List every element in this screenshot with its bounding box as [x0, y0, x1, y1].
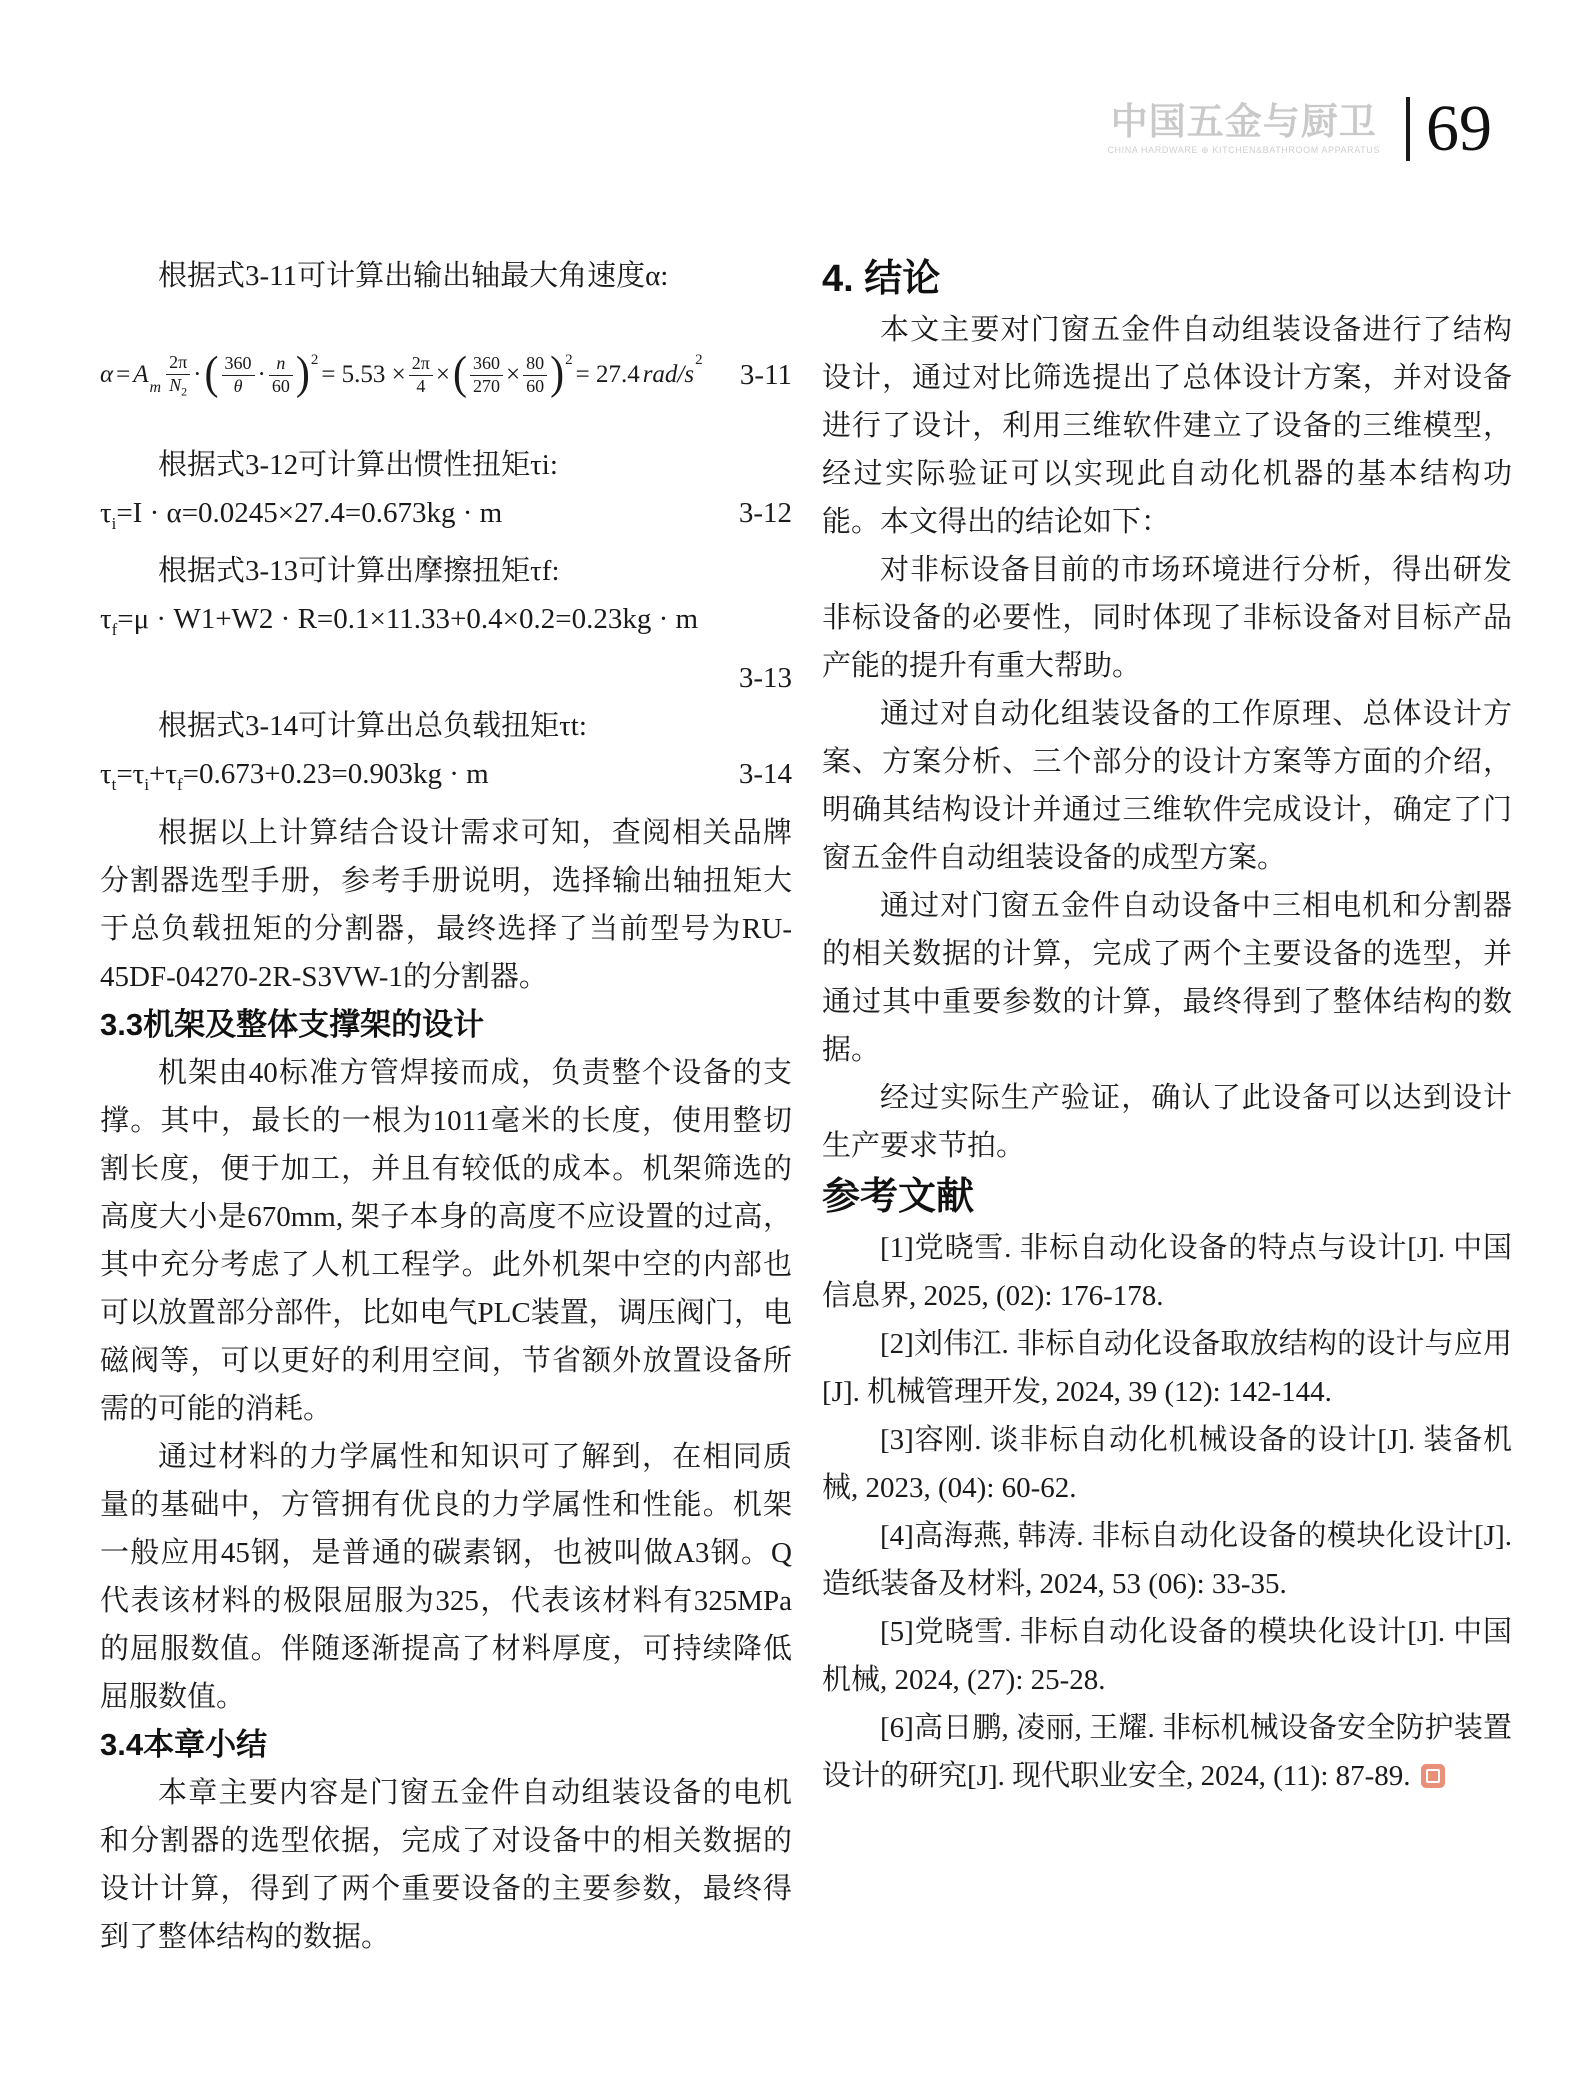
fraction: n 60 [269, 353, 293, 397]
formula-term: A [133, 361, 148, 389]
reference-item: [4]高海燕, 韩涛. 非标自动化设备的模块化设计[J]. 造纸装备及材料, 2… [822, 1512, 1512, 1608]
left-paren: ( [205, 355, 219, 397]
left-column: 根据式3-11可计算出输出轴最大角速度α: α = A m 2π N2 · ( … [100, 252, 792, 1961]
formula-term: · [193, 361, 201, 389]
fraction: 2π N2 [166, 352, 190, 399]
equation-text: τf=μ · W1+W2 · R=0.1×11.33+0.4×0.2=0.23k… [100, 595, 698, 654]
fraction: 360 θ [222, 353, 255, 397]
conclusion-paragraph: 经过实际生产验证，确认了此设备可以达到设计生产要求节拍。 [822, 1074, 1512, 1170]
formula-3-11-body: α = A m 2π N2 · ( 360 θ · n 60 [100, 352, 703, 399]
reference-item: [1]党晓雪. 非标自动化设备的特点与设计[J]. 中国信息界, 2025, (… [822, 1224, 1512, 1320]
equation-number: 3-14 [739, 750, 792, 798]
formula-term: = 27.4 [576, 361, 640, 389]
formula-intro-3-12: 根据式3-12可计算出惯性扭矩τi: [100, 441, 792, 489]
journal-logo: 中国五金与厨卫 CHINA HARDWARE ⊕ KITCHEN&BATHROO… [1107, 103, 1380, 156]
paragraph-chapter-summary: 本章主要内容是门窗五金件自动组装设备的电机和分割器的选型依据，完成了对设备中的相… [100, 1769, 792, 1961]
formula-intro-3-11: 根据式3-11可计算出输出轴最大角速度α: [100, 252, 792, 300]
journal-logo-cn: 中国五金与厨卫 [1107, 103, 1380, 140]
right-paren: ) [296, 355, 310, 397]
formula-superscript: 2 [565, 352, 573, 369]
journal-page: 中国五金与厨卫 CHINA HARDWARE ⊕ KITCHEN&BATHROO… [0, 0, 1595, 2086]
section-heading-references: 参考文献 [822, 1170, 1512, 1224]
formula-superscript: 2 [311, 352, 319, 369]
fraction: 80 60 [523, 353, 547, 397]
formula-term: × [506, 361, 520, 389]
equation-text: τt=τi+τf=0.673+0.23=0.903kg · m [100, 750, 489, 809]
equation-number: 3-12 [739, 489, 792, 537]
equation-number: 3-11 [740, 359, 792, 392]
left-paren: ( [453, 355, 467, 397]
right-paren: ) [550, 355, 564, 397]
formula-3-11: α = A m 2π N2 · ( 360 θ · n 60 [100, 352, 792, 399]
formula-superscript: 2 [695, 352, 703, 369]
equation-3-12: τi=I · α=0.0245×27.4=0.673kg · m 3-12 [100, 489, 792, 548]
page-number: 69 [1426, 96, 1492, 162]
header-divider [1406, 97, 1410, 161]
journal-logo-en: CHINA HARDWARE ⊕ KITCHEN&BATHROOM APPARA… [1107, 145, 1380, 156]
equation-text: τi=I · α=0.0245×27.4=0.673kg · m [100, 489, 502, 548]
conclusion-paragraph: 通过对自动化组装设备的工作原理、总体设计方案、方案分析、三个部分的设计方案等方面… [822, 690, 1512, 882]
formula-term: = [116, 361, 130, 389]
reference-item: [6]高日鹏, 凌丽, 王耀. 非标机械设备安全防护装置设计的研究[J]. 现代… [822, 1704, 1512, 1800]
reference-item: [5]党晓雪. 非标自动化设备的模块化设计[J]. 中国机械, 2024, (2… [822, 1608, 1512, 1704]
equation-3-14: τt=τi+τf=0.673+0.23=0.903kg · m 3-14 [100, 750, 792, 809]
formula-intro-3-13: 根据式3-13可计算出摩擦扭矩τf: [100, 547, 792, 595]
reference-item: [3]容刚. 谈非标自动化机械设备的设计[J]. 装备机械, 2023, (04… [822, 1416, 1512, 1512]
paragraph-frame-design: 机架由40标准方管焊接而成，负责整个设备的支撑。其中，最长的一根为1011毫米的… [100, 1049, 792, 1433]
formula-term: · [258, 361, 266, 389]
equation-3-13-number-line: 3-13 [100, 654, 792, 702]
reference-item: [2]刘伟江. 非标自动化设备取放结构的设计与应用[J]. 机械管理开发, 20… [822, 1320, 1512, 1416]
conclusion-paragraph: 对非标设备目前的市场环境进行分析，得出研发非标设备的必要性，同时体现了非标设备对… [822, 546, 1512, 690]
article-end-icon [1421, 1764, 1445, 1788]
section-heading-conclusion: 4. 结论 [822, 252, 1512, 306]
equation-3-13: τf=μ · W1+W2 · R=0.1×11.33+0.4×0.2=0.23k… [100, 595, 792, 654]
paragraph-divider-selection: 根据以上计算结合设计需求可知，查阅相关品牌分割器选型手册，参考手册说明，选择输出… [100, 809, 792, 1001]
formula-term: = 5.53 × [321, 361, 405, 389]
formula-term: × [436, 361, 450, 389]
right-column: 4. 结论 本文主要对门窗五金件自动组装设备进行了结构设计，通过对比筛选提出了总… [822, 252, 1512, 1800]
conclusion-paragraph: 通过对门窗五金件自动设备中三相电机和分割器的相关数据的计算，完成了两个主要设备的… [822, 882, 1512, 1074]
conclusion-paragraph: 本文主要对门窗五金件自动组装设备进行了结构设计，通过对比筛选提出了总体设计方案，… [822, 306, 1512, 546]
page-header: 中国五金与厨卫 CHINA HARDWARE ⊕ KITCHEN&BATHROO… [1107, 96, 1492, 162]
fraction: 360 270 [470, 353, 503, 397]
paragraph-material: 通过材料的力学属性和知识可了解到，在相同质量的基础中，方管拥有优良的力学属性和性… [100, 1433, 792, 1721]
formula-intro-3-14: 根据式3-14可计算出总负载扭矩τt: [100, 702, 792, 750]
section-heading-3-3: 3.3机架及整体支撑架的设计 [100, 1001, 792, 1049]
fraction: 2π 4 [409, 353, 433, 397]
formula-term: α [100, 361, 113, 389]
equation-number: 3-13 [739, 654, 792, 702]
formula-unit: rad/s [643, 361, 694, 389]
section-heading-3-4: 3.4本章小结 [100, 1721, 792, 1769]
reference-text: [6]高日鹏, 凌丽, 王耀. 非标机械设备安全防护装置设计的研究[J]. 现代… [822, 1712, 1512, 1792]
formula-subscript: m [150, 379, 162, 397]
